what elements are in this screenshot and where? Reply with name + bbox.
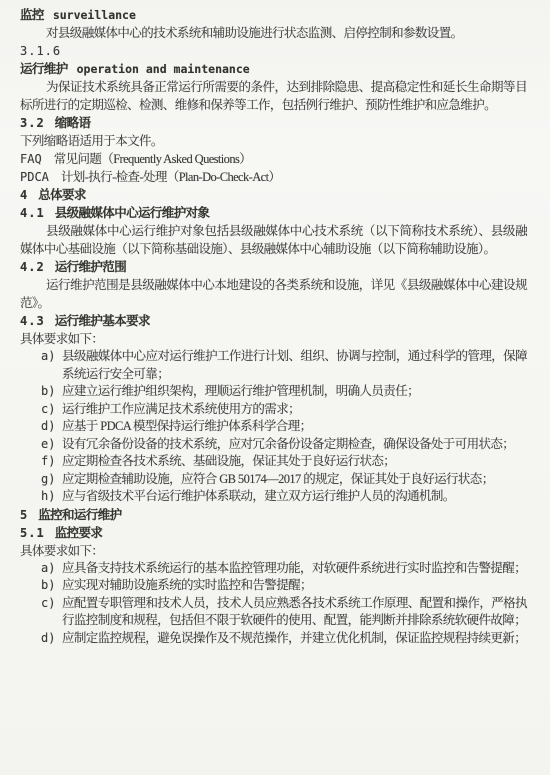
term-entry-operation-maintenance: 运行维护operation and maintenance 为保证技术系统具备正… (20, 60, 527, 114)
list-item-marker: d) (41, 418, 55, 436)
list-item-marker: c) (41, 401, 55, 419)
list-item-marker: a) (41, 348, 55, 366)
section-title: 运行维护范围 (55, 260, 126, 274)
section-title: 县级融媒体中心运行维护对象 (55, 206, 210, 220)
list-item-text: 运行维护工作应满足技术系统使用方的需求； (62, 402, 300, 416)
requirements-list-5-1: a)应具备支持技术系统运行的基本监控管理功能，对软硬件系统进行实时监控和告警提醒… (20, 560, 527, 648)
requirements-lead-4-3: 具体要求如下： (20, 330, 527, 348)
section-title: 总体要求 (38, 188, 86, 202)
list-item: h)应与省级技术平台运行维护体系联动，建立双方运行维护人员的沟通机制。 (20, 488, 527, 506)
list-item-marker: b) (41, 383, 55, 401)
requirements-list-4-3: a)县级融媒体中心应对运行维护工作进行计划、组织、协调与控制，通过科学的管理，保… (20, 348, 527, 506)
section-body-4-2: 运行维护范围是县级融媒体中心本地建设的各类系统和设施，详见《县级融媒体中心建设规… (20, 276, 527, 312)
list-item-text: 应定期检查辅助设施，应符合 GB 50174—2017 的规定，保证其处于良好运… (62, 472, 494, 486)
term-english: surveillance (53, 8, 136, 22)
abbreviation-term: PDCA (20, 170, 49, 184)
list-item-marker: a) (41, 560, 55, 578)
list-item-text: 应建立运行维护组织架构，理顺运行维护管理机制，明确人员责任； (62, 384, 419, 398)
list-item-marker: d) (41, 630, 55, 648)
list-item-text: 应基于 PDCA 模型保持运行维护体系科学合理； (62, 419, 312, 433)
list-item: f)应定期检查各技术系统、基础设施，保证其处于良好运行状态； (20, 453, 527, 471)
term-name: 运行维护 (20, 62, 68, 76)
abbreviations-intro: 下列缩略语适用于本文件。 (20, 132, 527, 150)
term-definition: 对县级融媒体中心的技术系统和辅助设施进行状态监测、启停控制和参数设置。 (20, 24, 527, 42)
list-item-text: 应制定监控规程，避免误操作及不规范操作，并建立优化机制，保证监控规程持续更新； (62, 631, 526, 645)
document-page: 监控surveillance 对县级融媒体中心的技术系统和辅助设施进行状态监测、… (0, 0, 550, 775)
section-number: 4.2 (20, 260, 45, 274)
abbreviation-meaning: 常见问题（Frequently Asked Questions） (54, 152, 251, 166)
list-item-text: 应具备支持技术系统运行的基本监控管理功能，对软硬件系统进行实时监控和告警提醒； (62, 561, 526, 575)
section-number: 3.2 (20, 116, 45, 130)
list-item-text: 应定期检查各技术系统、基础设施，保证其处于良好运行状态； (62, 454, 395, 468)
abbreviations-list: FAQ常见问题（Frequently Asked Questions） PDCA… (20, 150, 527, 186)
list-item-text: 应与省级技术平台运行维护体系联动，建立双方运行维护人员的沟通机制。 (62, 489, 455, 503)
section-title: 监控要求 (55, 526, 103, 540)
term-heading: 运行维护operation and maintenance (20, 60, 527, 78)
section-heading-4-2: 4.2运行维护范围 (20, 258, 527, 276)
list-item-text: 设有冗余备份设备的技术系统，应对冗余备份设备定期检查，确保设备处于可用状态； (62, 437, 514, 451)
section-heading-4-3: 4.3运行维护基本要求 (20, 312, 527, 330)
abbreviation-row-pdca: PDCA计划-执行-检查-处理（Plan-Do-Check-Act） (20, 168, 527, 186)
section-title: 监控和运行维护 (38, 508, 121, 522)
list-item: c)应配置专职管理和技术人员，技术人员应熟悉各技术系统工作原理、配置和操作，严格… (20, 595, 527, 630)
section-heading-4-1: 4.1县级融媒体中心运行维护对象 (20, 204, 527, 222)
abbreviation-term: FAQ (20, 152, 42, 166)
list-item: c)运行维护工作应满足技术系统使用方的需求； (20, 401, 527, 419)
list-item: e)设有冗余备份设备的技术系统，应对冗余备份设备定期检查，确保设备处于可用状态； (20, 436, 527, 454)
list-item: g)应定期检查辅助设施，应符合 GB 50174—2017 的规定，保证其处于良… (20, 471, 527, 489)
section-body-4-1: 县级融媒体中心运行维护对象包括县级融媒体中心技术系统（以下简称技术系统）、县级融… (20, 222, 527, 258)
section-heading-4: 4总体要求 (20, 186, 527, 204)
clause-number-3-1-6: 3.1.6 (20, 42, 527, 60)
list-item-marker: b) (41, 577, 55, 595)
abbreviation-meaning: 计划-执行-检查-处理（Plan-Do-Check-Act） (61, 170, 280, 184)
section-heading-5: 5监控和运行维护 (20, 506, 527, 524)
term-definition: 为保证技术系统具备正常运行所需要的条件，达到排除隐患、提高稳定性和延长生命期等目… (20, 78, 527, 114)
list-item-marker: c) (41, 595, 55, 613)
term-heading: 监控surveillance (20, 6, 527, 24)
section-title: 运行维护基本要求 (55, 314, 150, 328)
list-item-marker: e) (41, 436, 55, 454)
term-name: 监控 (20, 8, 44, 22)
section-number: 4.3 (20, 314, 45, 328)
list-item: a)应具备支持技术系统运行的基本监控管理功能，对软硬件系统进行实时监控和告警提醒… (20, 560, 527, 578)
requirements-lead-5-1: 具体要求如下： (20, 542, 527, 560)
abbreviation-row-faq: FAQ常见问题（Frequently Asked Questions） (20, 150, 527, 168)
list-item-marker: g) (41, 471, 55, 489)
list-item-text: 县级融媒体中心应对运行维护工作进行计划、组织、协调与控制，通过科学的管理，保障系… (62, 349, 527, 381)
section-number: 4.1 (20, 206, 45, 220)
list-item: a)县级融媒体中心应对运行维护工作进行计划、组织、协调与控制，通过科学的管理，保… (20, 348, 527, 383)
list-item: d)应基于 PDCA 模型保持运行维护体系科学合理； (20, 418, 527, 436)
section-heading-5-1: 5.1监控要求 (20, 524, 527, 542)
list-item-marker: h) (41, 488, 55, 506)
list-item-marker: f) (41, 453, 55, 471)
term-entry-surveillance: 监控surveillance 对县级融媒体中心的技术系统和辅助设施进行状态监测、… (20, 6, 527, 42)
section-number: 5 (20, 508, 28, 522)
section-title: 缩略语 (55, 116, 91, 130)
section-number: 5.1 (20, 526, 45, 540)
term-english: operation and maintenance (77, 62, 250, 76)
section-number: 4 (20, 188, 28, 202)
list-item-text: 应实现对辅助设施系统的实时监控和告警提醒； (62, 578, 312, 592)
list-item: d)应制定监控规程，避免误操作及不规范操作，并建立优化机制，保证监控规程持续更新… (20, 630, 527, 648)
section-heading-3-2: 3.2缩略语 (20, 114, 527, 132)
list-item-text: 应配置专职管理和技术人员，技术人员应熟悉各技术系统工作原理、配置和操作，严格执行… (62, 596, 527, 628)
list-item: b)应实现对辅助设施系统的实时监控和告警提醒； (20, 577, 527, 595)
list-item: b)应建立运行维护组织架构，理顺运行维护管理机制，明确人员责任； (20, 383, 527, 401)
